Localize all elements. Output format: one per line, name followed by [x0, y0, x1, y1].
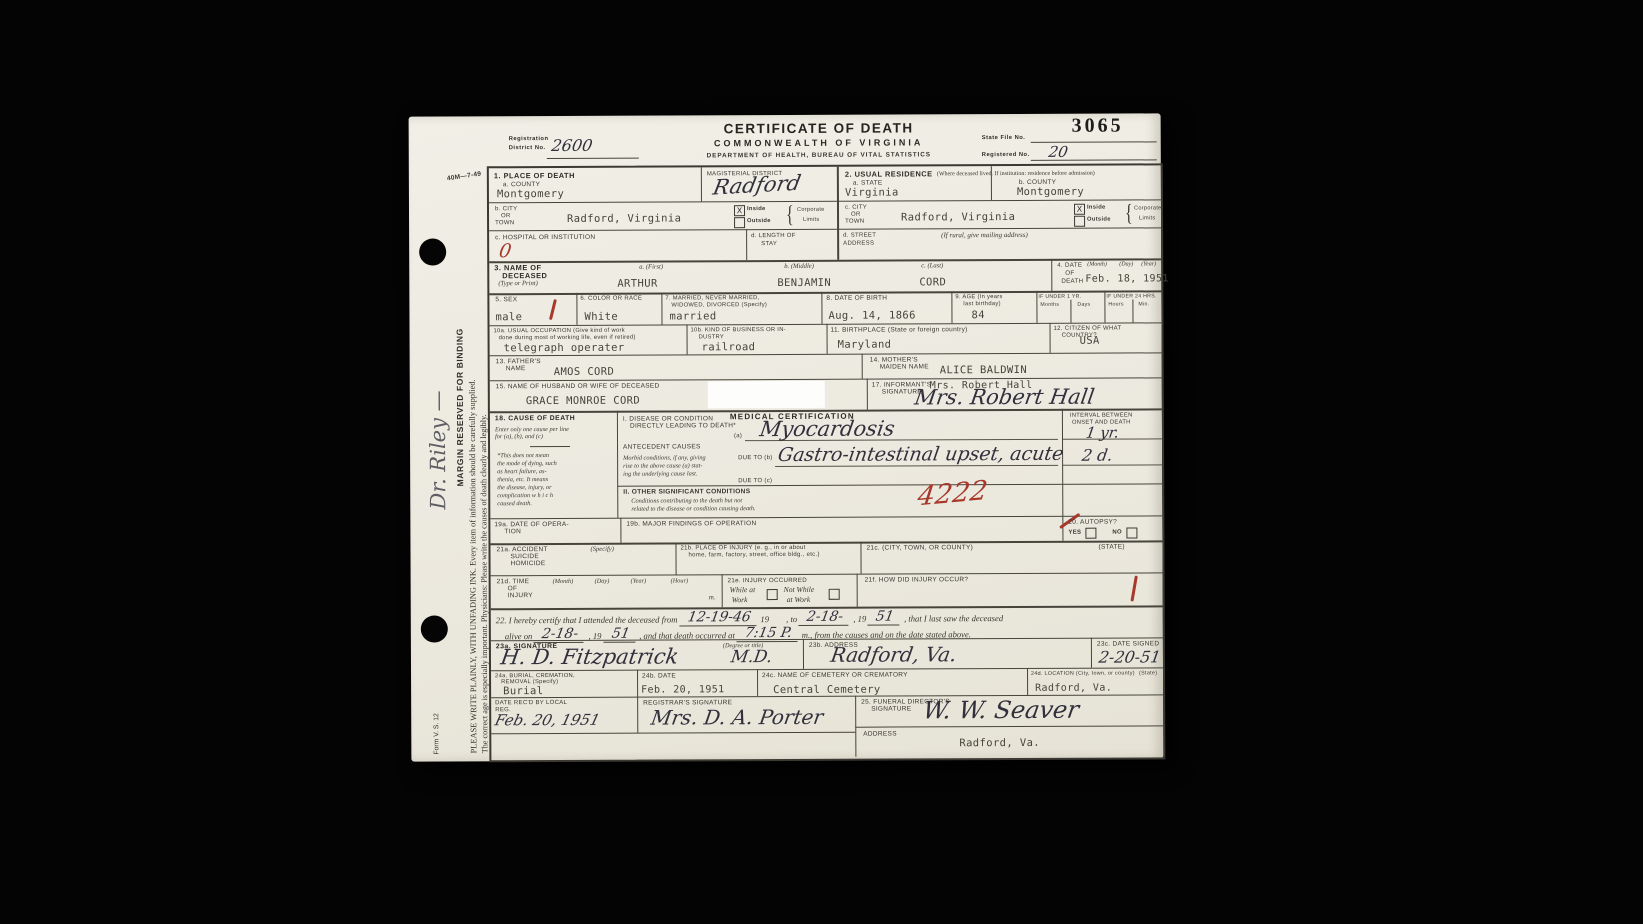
inside-label-2c: Inside — [1087, 205, 1106, 212]
registration-label: Registration — [509, 136, 549, 143]
time-of-death-value: 7:15 P. — [736, 625, 800, 642]
binding-note: MARGIN RESERVED FOR BINDING — [454, 301, 465, 486]
funeral-director-address-label: ADDRESS — [863, 731, 897, 739]
rural-note: (If rural, give mailing address) — [941, 231, 1028, 240]
form-number: Form V. S. 12 — [433, 713, 440, 755]
district-label: District No. — [509, 145, 546, 152]
spouse-name-label: 15. NAME OF HUSBAND OR WIFE OF DECEASED — [496, 383, 660, 391]
physician-address-value: Radford, Va. — [829, 642, 958, 667]
industry-label: 10b. KIND OF BUSINESS OR IN- — [691, 327, 786, 334]
date-received-label: DATE REC'D BY LOCAL — [495, 700, 567, 707]
date-of-birth-value: Aug. 14, 1866 — [828, 309, 915, 321]
burial-value: Burial — [503, 685, 543, 697]
department-line: DEPARTMENT OF HEALTH, BUREAU OF VITAL ST… — [659, 151, 979, 160]
date-of-birth-label: 8. DATE OF BIRTH — [826, 295, 887, 303]
informant-signature-script: Mrs. Robert Hall — [913, 385, 1096, 410]
punch-hole-bottom — [421, 615, 448, 642]
red-tally-mark-sex — [549, 299, 556, 320]
last-seen-alive-year: 51 — [603, 626, 638, 643]
birthplace-value: Maryland — [838, 339, 892, 351]
inside-checkbox-2c: X — [1074, 204, 1085, 215]
industry-value: railroad — [702, 341, 756, 353]
interval-a-value: 1 yr. — [1085, 424, 1121, 442]
degree-title-value: M.D. — [729, 647, 773, 667]
date-signed-value: 2-20-51 — [1097, 647, 1162, 666]
autopsy-label: 20. AUTOPSY? — [1068, 519, 1117, 527]
county-value-1a: Montgomery — [497, 188, 564, 200]
sex-value: male — [495, 311, 522, 323]
state-file-label: State File No. — [982, 135, 1026, 142]
physician-signature-value: H. D. Fitzpatrick — [499, 644, 680, 669]
attended-from-value: 12-19-46 — [679, 609, 759, 626]
autopsy-no-checkbox — [1126, 527, 1137, 538]
street-address-label: d. STREET — [843, 233, 876, 240]
age-label: 9. AGE (In years — [955, 294, 1002, 301]
inside-label-1b: Inside — [747, 206, 766, 213]
burial-date-label: 24b. DATE — [642, 672, 676, 680]
cause-a-value: Myocardosis — [758, 417, 896, 442]
autopsy-yes-label: YES — [1068, 530, 1081, 537]
outside-label-2c: Outside — [1087, 217, 1111, 224]
outside-checkbox-2c — [1074, 216, 1085, 227]
while-at-work-checkbox — [767, 589, 778, 600]
father-name-value: AMOS CORD — [554, 366, 615, 378]
under-1yr-label: IF UNDER 1 YR. — [1038, 295, 1081, 301]
burial-location-label: 24d. LOCATION (City, town, or county) — [1031, 670, 1135, 677]
birthplace-label: 11. BIRTHPLACE (State or foreign country… — [831, 326, 968, 334]
date-of-death-value: Feb. 18, 1951 — [1085, 273, 1169, 284]
punch-hole-top — [419, 238, 446, 265]
how-injury-occurred-label: 21f. HOW DID INJURY OCCUR? — [865, 576, 969, 584]
last-name-value: CORD — [919, 276, 946, 288]
burial-location-value: Radford, Va. — [1035, 683, 1112, 694]
inside-checkbox-1b: X — [734, 205, 745, 216]
place-of-death-title: 1. PLACE OF DEATH — [494, 172, 575, 180]
usual-residence-title: 2. USUAL RESIDENCE — [845, 170, 933, 179]
first-name-value: ARTHUR — [617, 278, 657, 290]
cemetery-value: Central Cemetery — [773, 684, 881, 696]
middle-name-label: b. (Middle) — [784, 263, 814, 271]
red-code-4222: 4222 — [916, 475, 989, 512]
due-to-b-label: DUE TO (b) — [738, 455, 772, 462]
color-race-value: White — [584, 311, 618, 323]
district-number-value: 2600 — [550, 136, 594, 155]
interval-b-value: 2 d. — [1081, 446, 1115, 465]
county-value-2b: Montgomery — [1017, 186, 1084, 198]
magisterial-district-value: Radford — [711, 171, 803, 200]
certificate-sheet: 40M—7-49 MARGIN RESERVED FOR BINDING PLE… — [409, 113, 1164, 761]
city-label-2c: c. CITY — [845, 205, 867, 212]
date-of-death-label: 4. DATE — [1057, 262, 1082, 269]
state-file-number-stamp: 3065 — [1072, 115, 1124, 138]
registered-no-value: 20 — [1047, 143, 1069, 161]
age-value: 84 — [971, 309, 985, 321]
outside-checkbox-1b — [734, 217, 745, 228]
length-of-stay-label: d. LENGTH OF — [751, 233, 796, 240]
citizen-value: USA — [1080, 335, 1100, 347]
stock-number: 40M—7-49 — [447, 169, 490, 182]
autopsy-yes-checkbox — [1085, 528, 1096, 539]
interval-label: INTERVAL BETWEEN — [1070, 412, 1133, 419]
whiteout-patch — [708, 381, 825, 409]
corporate-label-1b: Corporate — [797, 207, 825, 214]
mother-name-value: ALICE BALDWIN — [940, 364, 1027, 376]
attended-to-value: 2-18- — [799, 609, 852, 626]
margin-instruction-1: PLEASE WRITE PLAINLY, WITH UNFADING INK.… — [467, 208, 478, 753]
injury-occurred-label: 21e. INJURY OCCURRED — [728, 577, 807, 584]
cemetery-label: 24c. NAME OF CEMETERY OR CREMATORY — [762, 671, 908, 679]
pencil-signature: Dr. Riley — — [425, 314, 450, 509]
usual-residence-note: (Where deceased lived. If institution: r… — [937, 171, 1095, 179]
attended-to-year: 51 — [868, 608, 903, 625]
city-value-2c: Radford, Virginia — [901, 211, 1015, 223]
last-seen-alive-value: 2-18- — [534, 626, 587, 643]
sex-label: 5. SEX — [495, 296, 517, 304]
city-value-1b: Radford, Virginia — [567, 212, 681, 224]
outside-label-1b: Outside — [747, 218, 771, 225]
under-24hrs-label: IF UNDER 24 HRS. — [1106, 294, 1156, 300]
date-received-value: Feb. 20, 1951 — [493, 711, 602, 729]
marital-status-label: 7. MARRIED, NEVER MARRIED, — [665, 295, 759, 302]
middle-name-value: BENJAMIN — [777, 277, 831, 289]
autopsy-no-label: NO — [1112, 530, 1122, 537]
certify-text: 22. I hereby certify that I attended the… — [496, 614, 678, 625]
hospital-red-entry: 0 — [497, 240, 512, 262]
occupation-value: telegraph operater — [504, 342, 625, 355]
spouse-name-value: GRACE MONROE CORD — [526, 395, 640, 407]
commonwealth-subtitle: COMMONWEALTH OF VIRGINIA — [659, 138, 979, 149]
citizen-label: 12. CITIZEN OF WHAT — [1054, 326, 1122, 333]
certificate-form: 1. PLACE OF DEATH a. COUNTY Montgomery M… — [487, 163, 1166, 762]
red-tally-mark-21f — [1130, 575, 1137, 601]
antecedent-causes-label: ANTECEDENT CAUSES — [623, 443, 701, 451]
injury-city-label: 21c. (CITY, TOWN, OR COUNTY) — [866, 544, 973, 552]
burial-date-value: Feb. 20, 1951 — [641, 684, 725, 695]
other-conditions-label: II. OTHER SIGNIFICANT CONDITIONS — [623, 488, 750, 496]
city-label-1b: b. CITY — [495, 206, 517, 213]
state-value-2a: Virginia — [845, 187, 899, 199]
registered-no-label: Registered No. — [982, 152, 1030, 159]
major-findings-label: 19b. MAJOR FINDINGS OF OPERATION — [626, 520, 756, 528]
funeral-director-address-value: Radford, Va. — [959, 737, 1040, 749]
funeral-director-signature: W. W. Seaver — [921, 696, 1081, 725]
certificate-title: CERTIFICATE OF DEATH — [659, 121, 979, 137]
color-race-label: 6. COLOR OR RACE — [580, 296, 642, 303]
brace-glyph: { — [786, 202, 794, 229]
first-name-label: a. (First) — [639, 264, 663, 272]
last-name-label: c. (Last) — [921, 262, 943, 270]
brace-glyph: { — [1125, 201, 1133, 228]
due-to-c-label: DUE TO (c) — [738, 478, 772, 485]
scan-background: 40M—7-49 MARGIN RESERVED FOR BINDING PLE… — [0, 0, 1643, 924]
cause-of-death-title: 18. CAUSE OF DEATH — [495, 415, 575, 423]
cause-b-value: Gastro-intestinal upset, acute — [776, 443, 1065, 466]
not-while-at-work-checkbox — [829, 589, 840, 600]
injury-state-label: (STATE) — [1098, 544, 1124, 552]
marital-status-value: married — [669, 310, 716, 322]
registrar-signature-value: Mrs. D. A. Porter — [649, 705, 825, 730]
